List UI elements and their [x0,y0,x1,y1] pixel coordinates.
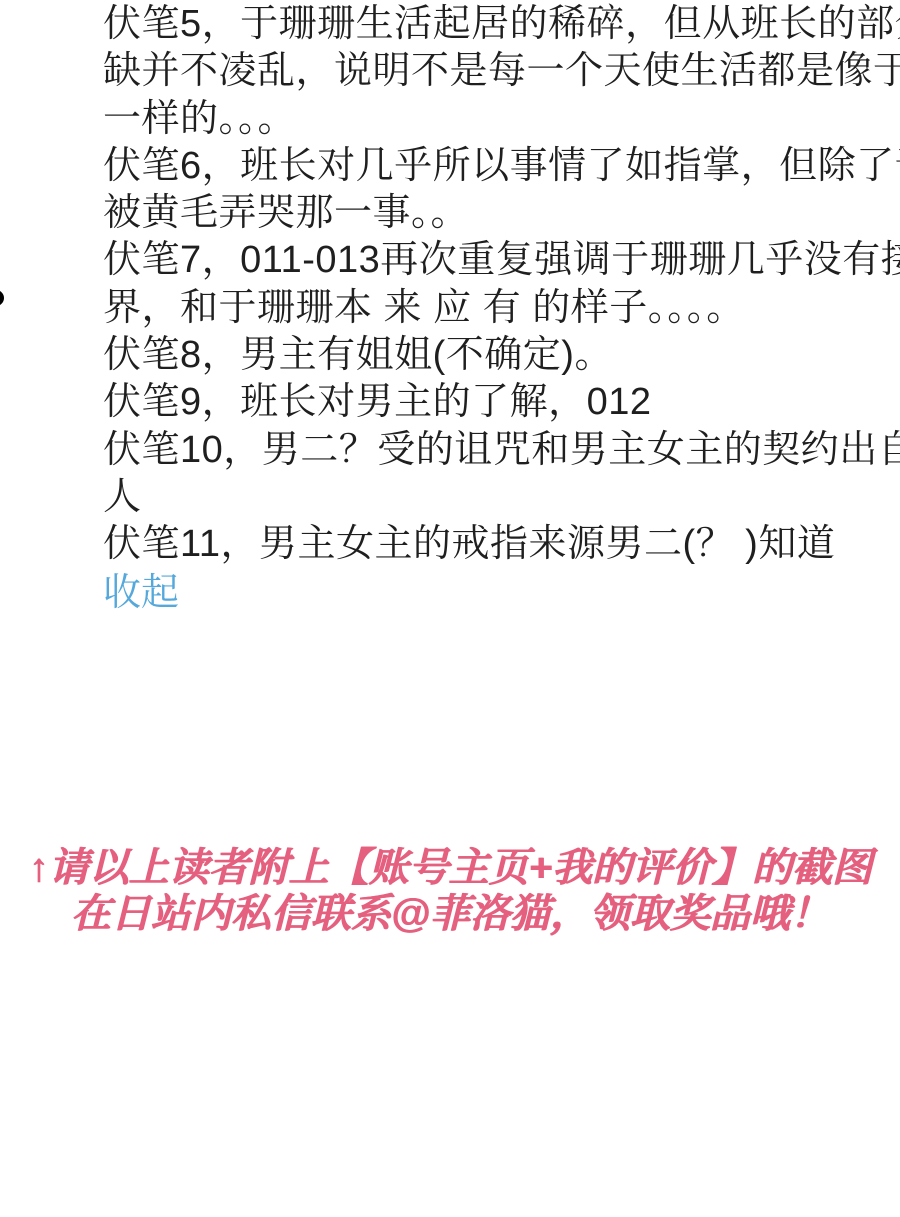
comment-line: 被黄毛弄哭那一事。。 [103,190,900,237]
comment-line: 伏笔8，男主有姐姐(不确定)。 [103,332,900,379]
left-edge-dot [0,290,4,306]
promo-banner: ↑请以上读者附上【账号主页+我的评价】的截图 在日站内私信联系@菲洛猫，领取奖品… [0,845,900,937]
comment-line: 伏笔10，男二？受的诅咒和男主女主的契约出自同一 [103,427,900,474]
comment-line: 伏笔5，于珊珊生活起居的稀碎，但从班长的部分分景 [103,1,900,48]
comment-line: 伏笔7，011-013再次重复强调于珊珊几乎没有接触外 [103,237,900,284]
comment-line: 伏笔6，班长对几乎所以事情了如指掌，但除了于珊珊 [103,143,900,190]
promo-banner-line: ↑请以上读者附上【账号主页+我的评价】的截图 [0,845,900,891]
comment-line: 一样的。。。 [103,96,900,143]
comment-line: 伏笔11，男主女主的戒指来源男二(？ )知道 [103,521,900,568]
comment-line: 人 [103,474,900,521]
comment-line: 伏笔9，班长对男主的了解，012 [103,379,900,426]
comment-text-block: 伏笔5，于珊珊生活起居的稀碎，但从班长的部分分景 缺并不凌乱，说明不是每一个天使… [103,1,900,569]
collapse-link[interactable]: 收起 [103,570,179,617]
promo-banner-line: 在日站内私信联系@菲洛猫，领取奖品哦！ [0,891,900,937]
comment-line: 界，和于珊珊本 来 应 有 的样子。。。。 [103,285,900,332]
comment-line: 缺并不凌乱，说明不是每一个天使生活都是像于珊珊 [103,48,900,95]
